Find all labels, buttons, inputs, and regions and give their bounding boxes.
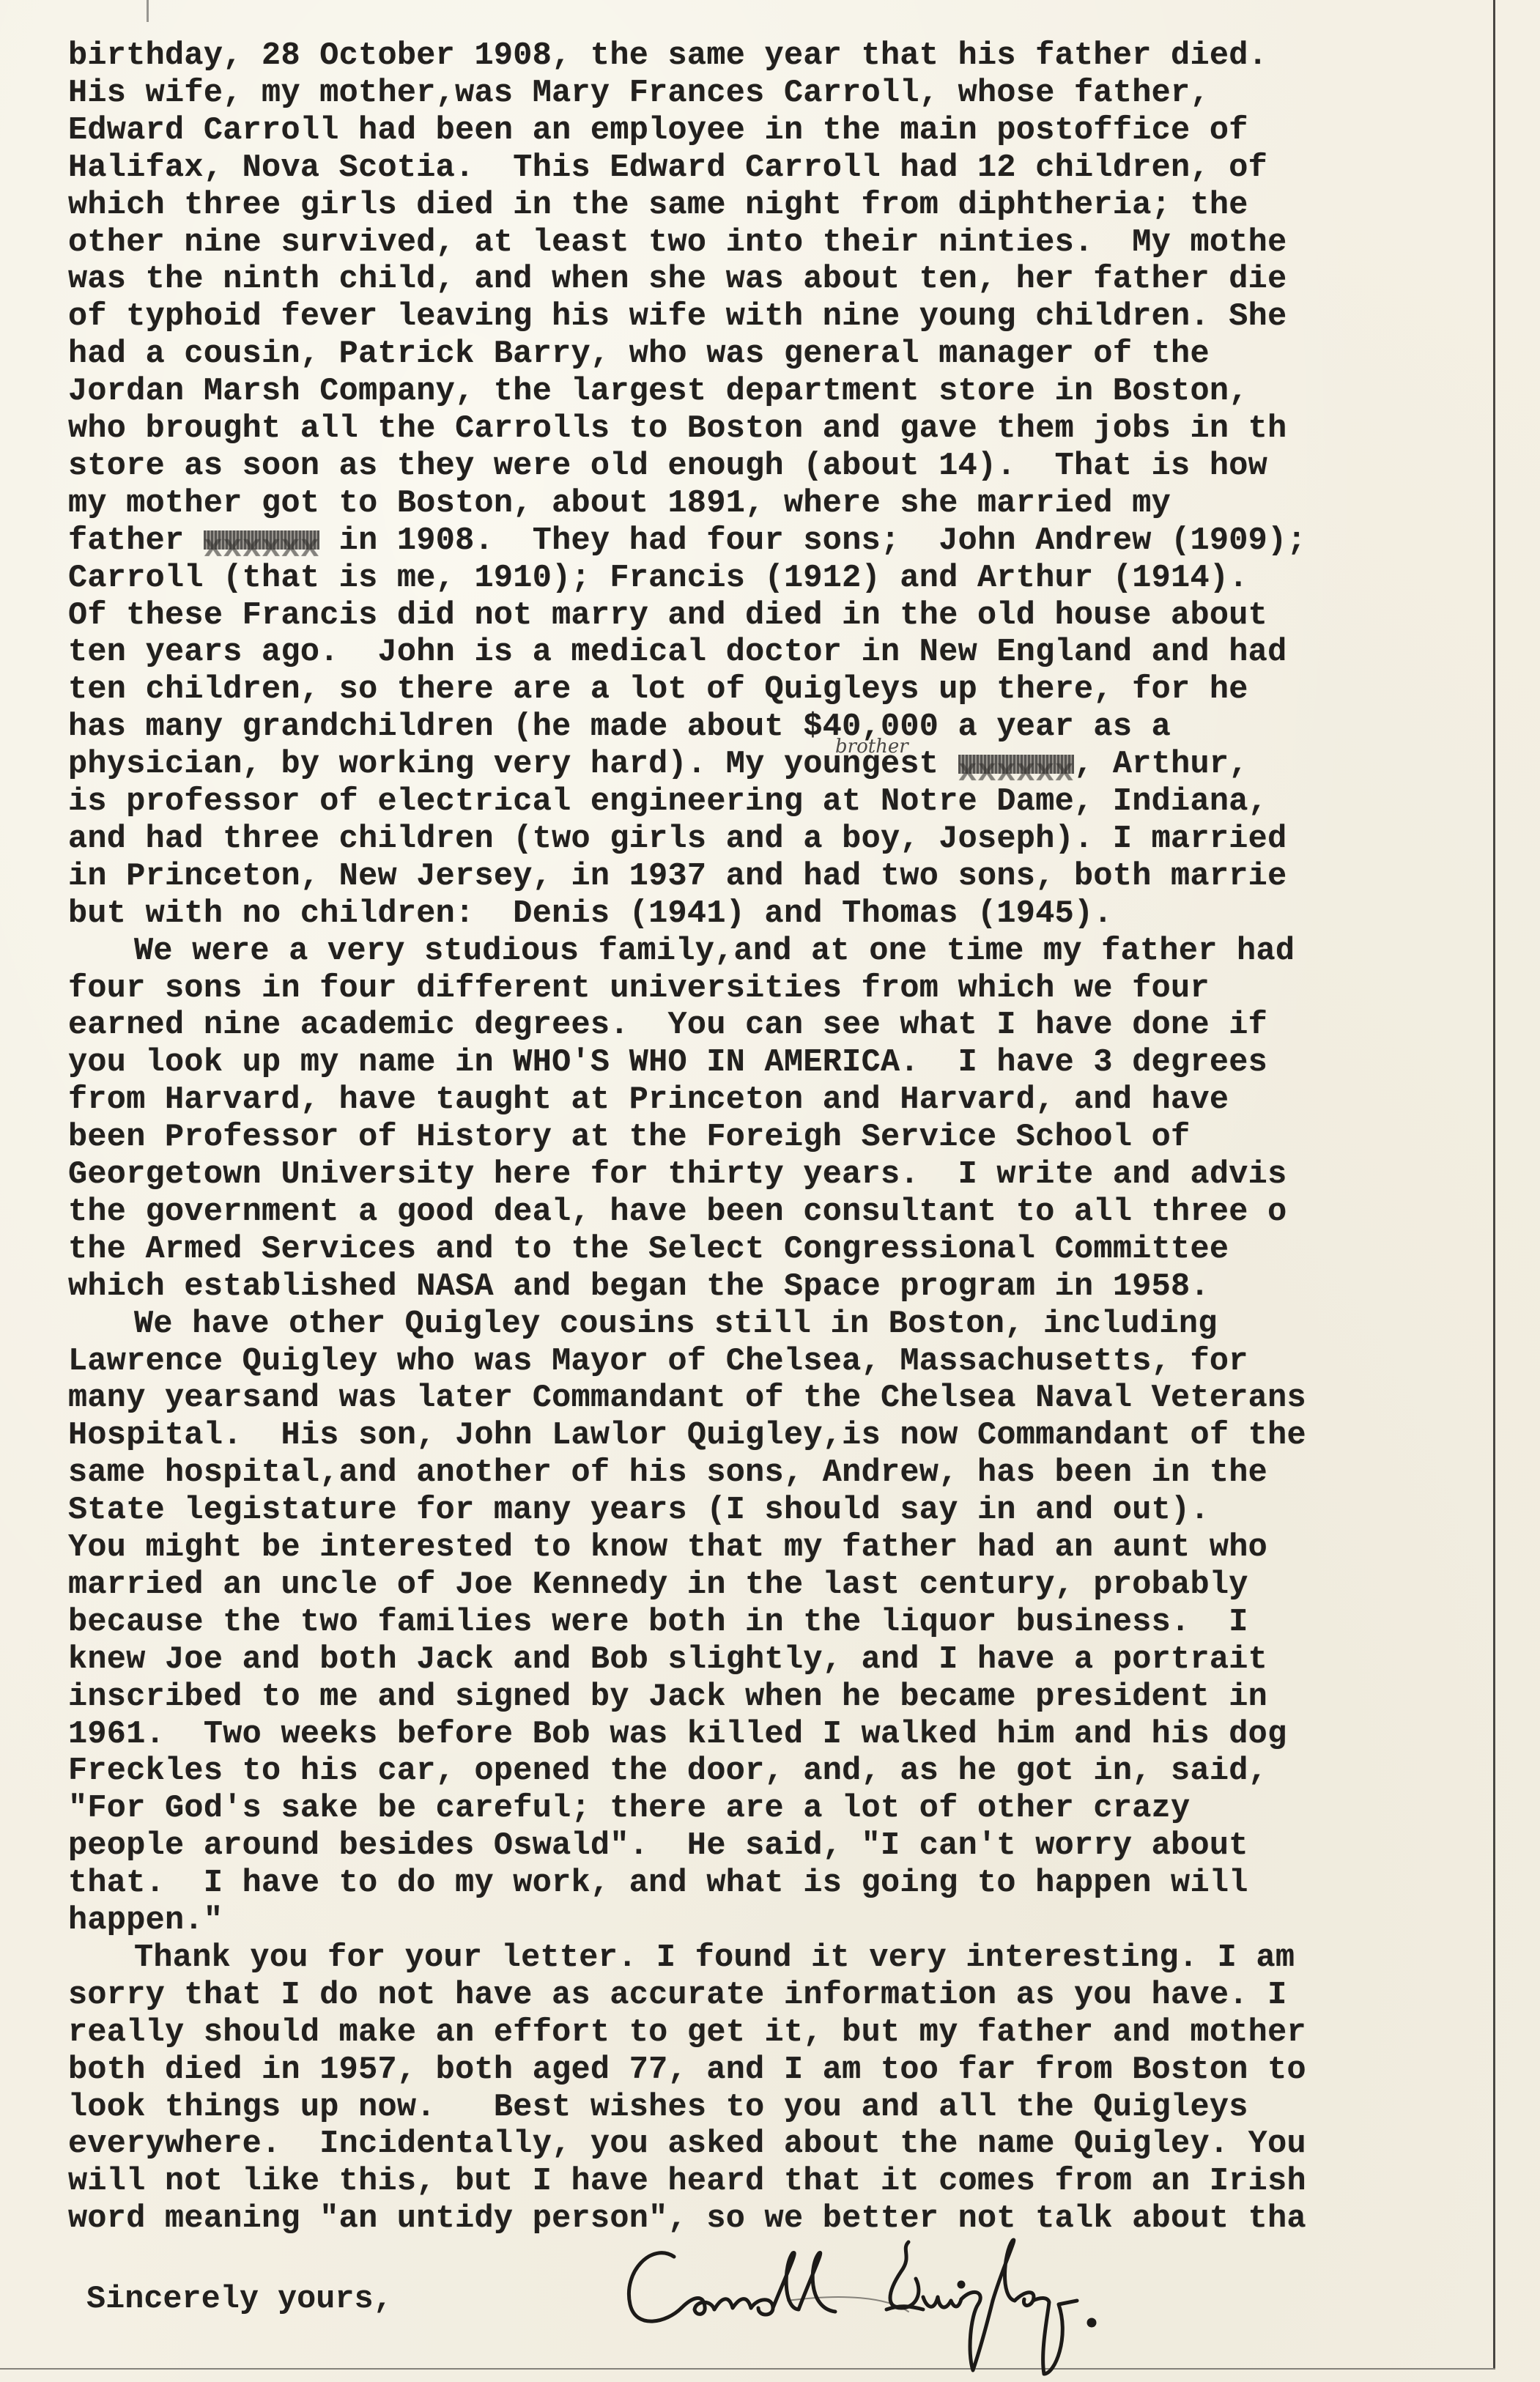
- letter-line: my mother got to Boston, about 1891, whe…: [68, 486, 1171, 522]
- page-right-border: [1493, 0, 1495, 2368]
- letter-line: has many grandchildren (he made about $4…: [68, 709, 1171, 746]
- letter-line: You might be interested to know that my …: [68, 1530, 1267, 1567]
- letter-line: store as soon as they were old enough (a…: [68, 448, 1267, 485]
- letter-line: Freckles to his car, opened the door, an…: [68, 1753, 1267, 1790]
- letter-line: who brought all the Carrolls to Boston a…: [68, 411, 1287, 448]
- letter-line: been Professor of History at the Foreigh…: [68, 1120, 1190, 1156]
- letter-line: look things up now. Best wishes to you a…: [68, 2090, 1248, 2126]
- letter-line: which established NASA and began the Spa…: [68, 1269, 1210, 1306]
- letter-line: will not like this, but I have heard tha…: [68, 2164, 1306, 2200]
- letter-line: both died in 1957, both aged 77, and I a…: [68, 2052, 1306, 2089]
- letter-line: father xxxxxx in 1908. They had four son…: [68, 523, 1306, 560]
- letter-line: but with no children: Denis (1941) and T…: [68, 896, 1113, 933]
- letter-line: Of these Francis did not marry and died …: [68, 598, 1267, 635]
- letter-line: Edward Carroll had been an employee in t…: [68, 113, 1248, 149]
- letter-body: birthday, 28 October 1908, the same year…: [0, 0, 1492, 2368]
- struck-out-word: xxxxxx: [204, 530, 319, 550]
- letter-line: Carroll (that is me, 1910); Francis (191…: [68, 561, 1248, 597]
- letter-line: of typhoid fever leaving his wife with n…: [68, 299, 1287, 336]
- letter-line: inscribed to me and signed by Jack when …: [68, 1679, 1267, 1716]
- letter-line: in Princeton, New Jersey, in 1937 and ha…: [68, 859, 1287, 895]
- letter-line: Lawrence Quigley who was Mayor of Chelse…: [68, 1344, 1248, 1380]
- letter-line: which three girls died in the same night…: [68, 188, 1248, 224]
- letter-line: you look up my name in WHO'S WHO IN AMER…: [68, 1045, 1267, 1081]
- letter-line: everywhere. Incidentally, you asked abou…: [68, 2126, 1306, 2163]
- letter-line: that. I have to do my work, and what is …: [68, 1865, 1248, 1902]
- letter-line: physician, by working very hard). My you…: [68, 747, 1248, 783]
- letter-line: and had three children (two girls and a …: [68, 821, 1287, 858]
- letter-line: married an uncle of Joe Kennedy in the l…: [68, 1567, 1248, 1604]
- letter-line: earned nine academic degrees. You can se…: [68, 1007, 1267, 1044]
- letter-line: 1961. Two weeks before Bob was killed I …: [68, 1717, 1287, 1753]
- letter-line: is professor of electrical engineering a…: [68, 784, 1267, 821]
- letter-line: same hospital,and another of his sons, A…: [68, 1455, 1267, 1492]
- letter-line: other nine survived, at least two into t…: [68, 225, 1287, 262]
- letter-line: was the ninth child, and when she was ab…: [68, 262, 1287, 298]
- letter-page: birthday, 28 October 1908, the same year…: [0, 0, 1540, 2382]
- letter-line: His wife, my mother,was Mary Frances Car…: [68, 75, 1210, 112]
- letter-line: We were a very studious family,and at on…: [134, 933, 1295, 970]
- letter-line: had a cousin, Patrick Barry, who was gen…: [68, 336, 1210, 373]
- letter-line: really should make an effort to get it, …: [68, 2015, 1306, 2052]
- letter-line: the government a good deal, have been co…: [68, 1194, 1287, 1231]
- struck-out-word: xxxxxx: [958, 755, 1074, 774]
- letter-line: State legistature for many years (I shou…: [68, 1493, 1210, 1529]
- handwritten-correction: brother: [835, 736, 908, 758]
- closing-salutation: Sincerely yours,: [86, 2282, 393, 2318]
- letter-line: ten children, so there are a lot of Quig…: [68, 672, 1248, 709]
- letter-line: Georgetown University here for thirty ye…: [68, 1157, 1287, 1194]
- letter-line: people around besides Oswald". He said, …: [68, 1828, 1248, 1865]
- letter-line: four sons in four different universities…: [68, 971, 1210, 1007]
- letter-line: many yearsand was later Commandant of th…: [68, 1380, 1306, 1417]
- letter-line: Halifax, Nova Scotia. This Edward Carrol…: [68, 150, 1267, 187]
- letter-line: sorry that I do not have as accurate inf…: [68, 1978, 1287, 2014]
- letter-line: Jordan Marsh Company, the largest depart…: [68, 374, 1248, 410]
- letter-line: Hospital. His son, John Lawlor Quigley,i…: [68, 1418, 1306, 1454]
- letter-line: ten years ago. John is a medical doctor …: [68, 635, 1287, 671]
- letter-line: from Harvard, have taught at Princeton a…: [68, 1082, 1229, 1119]
- signature-carroll-quigley: [623, 2227, 1282, 2381]
- letter-line: because the two families were both in th…: [68, 1605, 1248, 1641]
- letter-line: birthday, 28 October 1908, the same year…: [68, 38, 1267, 75]
- letter-line: knew Joe and both Jack and Bob slightly,…: [68, 1642, 1267, 1679]
- letter-line: Thank you for your letter. I found it ve…: [134, 1940, 1295, 1977]
- letter-line: the Armed Services and to the Select Con…: [68, 1232, 1229, 1268]
- letter-line: "For God's sake be careful; there are a …: [68, 1791, 1190, 1827]
- letter-line: We have other Quigley cousins still in B…: [134, 1306, 1218, 1343]
- letter-line: happen.": [68, 1903, 223, 1939]
